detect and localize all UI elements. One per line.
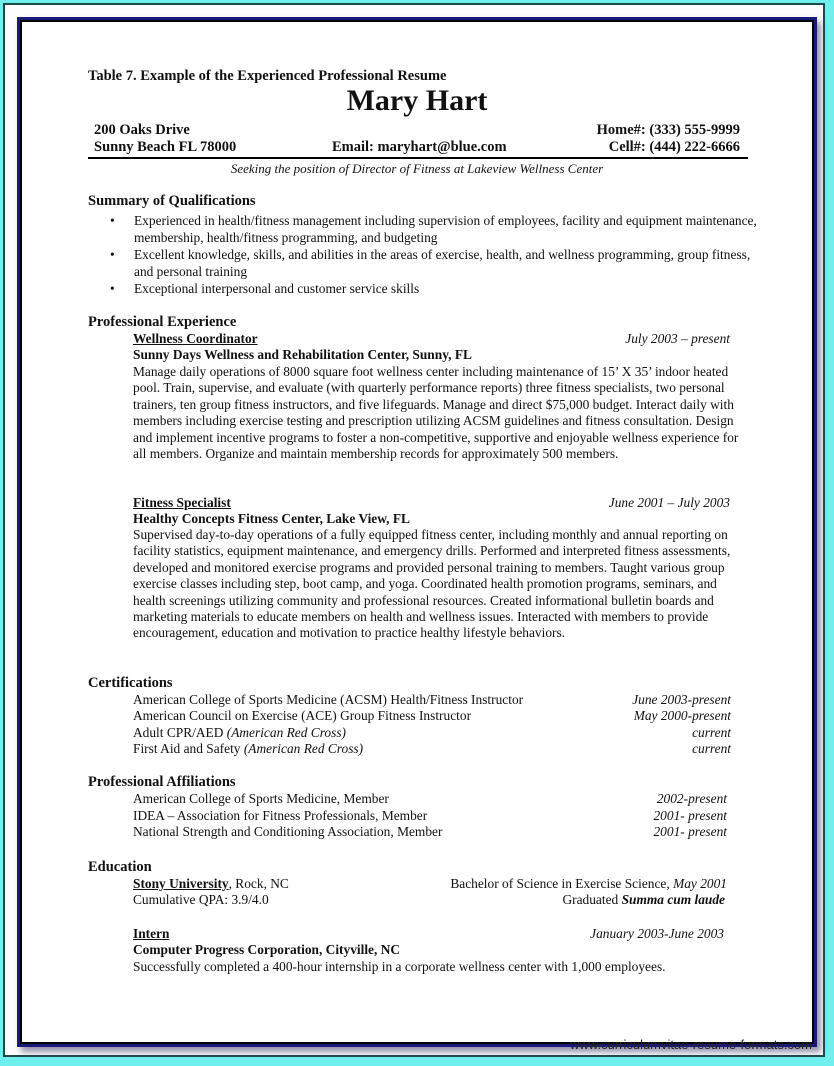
- school-name: Stony University: [133, 876, 229, 891]
- job-description: Supervised day-to-day operations of a fu…: [133, 527, 745, 642]
- affiliation-dates: 2001- present: [653, 824, 727, 840]
- affiliation-name: American College of Sports Medicine, Mem…: [133, 791, 389, 807]
- certification-row: Adult CPR/AED (American Red Cross) curre…: [133, 725, 731, 741]
- affiliation-name: IDEA – Association for Fitness Professio…: [133, 808, 427, 824]
- certification-issuer: (American Red Cross): [227, 725, 346, 740]
- summary-item: Excellent knowledge, skills, and abiliti…: [88, 246, 768, 280]
- cell-phone: Cell#: (444) 222-6666: [609, 139, 740, 156]
- job-description: Manage daily operations of 8000 square f…: [133, 364, 745, 462]
- internship-title: Intern: [133, 926, 169, 942]
- section-summary-heading: Summary of Qualifications: [88, 193, 256, 210]
- affiliation-name: National Strength and Conditioning Assoc…: [133, 824, 442, 840]
- address-line2: Sunny Beach FL 78000: [94, 139, 236, 156]
- degree: Bachelor of Science in Exercise Science,: [450, 876, 673, 891]
- certification-status: June 2003-present: [632, 692, 731, 708]
- certification-row: First Aid and Safety (American Red Cross…: [133, 741, 731, 757]
- watermark-link[interactable]: www.curriculumvitae-resume-formats.com: [570, 1037, 812, 1052]
- certification-status: current: [692, 725, 731, 741]
- affiliation-dates: 2001- present: [653, 808, 727, 824]
- section-affiliations-heading: Professional Affiliations: [88, 774, 236, 791]
- job-dates: June 2001 – July 2003: [609, 495, 730, 511]
- affiliation-row: IDEA – Association for Fitness Professio…: [133, 808, 727, 824]
- job-title: Wellness Coordinator: [133, 331, 258, 347]
- certification-name: First Aid and Safety: [133, 741, 244, 756]
- address-line1: 200 Oaks Drive: [94, 122, 190, 139]
- affiliation-row: National Strength and Conditioning Assoc…: [133, 824, 727, 840]
- header-rule: [88, 157, 748, 159]
- table-title: Table 7. Example of the Experienced Prof…: [88, 68, 446, 85]
- certification-row: American Council on Exercise (ACE) Group…: [133, 708, 731, 724]
- section-education-heading: Education: [88, 859, 152, 876]
- education-row: Cumulative QPA: 3.9/4.0 Graduated Summa …: [133, 892, 725, 908]
- school-location: , Rock, NC: [229, 876, 289, 891]
- qpa: Cumulative QPA: 3.9/4.0: [133, 892, 269, 908]
- summary-item: Experienced in health/fitness management…: [88, 212, 768, 246]
- certification-status: May 2000-present: [634, 708, 731, 724]
- job-title: Fitness Specialist: [133, 495, 231, 511]
- certification-name: Adult CPR/AED: [133, 725, 227, 740]
- certification-name: American College of Sports Medicine (ACS…: [133, 692, 523, 707]
- certification-row: American College of Sports Medicine (ACS…: [133, 692, 731, 708]
- certification-name: American Council on Exercise (ACE) Group…: [133, 708, 471, 723]
- summary-item: Exceptional interpersonal and customer s…: [88, 280, 768, 297]
- affiliation-dates: 2002-present: [657, 791, 727, 807]
- honors-prefix: Graduated: [562, 892, 621, 907]
- internship-description: Successfully completed a 400-hour intern…: [133, 959, 666, 975]
- honors: Summa cum laude: [622, 892, 725, 907]
- affiliation-row: American College of Sports Medicine, Mem…: [133, 791, 727, 807]
- job-dates: July 2003 – present: [625, 331, 730, 347]
- internship-employer: Computer Progress Corporation, Cityville…: [133, 942, 400, 958]
- section-certifications-heading: Certifications: [88, 675, 173, 692]
- section-experience-heading: Professional Experience: [88, 314, 236, 331]
- summary-list: Experienced in health/fitness management…: [88, 212, 768, 297]
- candidate-name: Mary Hart: [0, 84, 834, 118]
- education-row: Stony University, Rock, NC Bachelor of S…: [133, 876, 727, 892]
- objective: Seeking the position of Director of Fitn…: [0, 161, 834, 177]
- certification-issuer: (American Red Cross): [244, 741, 363, 756]
- job-employer: Sunny Days Wellness and Rehabilitation C…: [133, 347, 472, 363]
- job-employer: Healthy Concepts Fitness Center, Lake Vi…: [133, 511, 410, 527]
- certification-status: current: [692, 741, 731, 757]
- home-phone: Home#: (333) 555-9999: [597, 122, 740, 139]
- internship-dates: January 2003-June 2003: [590, 926, 724, 942]
- email: Email: maryhart@blue.com: [332, 139, 507, 156]
- degree-date: May 2001: [673, 876, 727, 891]
